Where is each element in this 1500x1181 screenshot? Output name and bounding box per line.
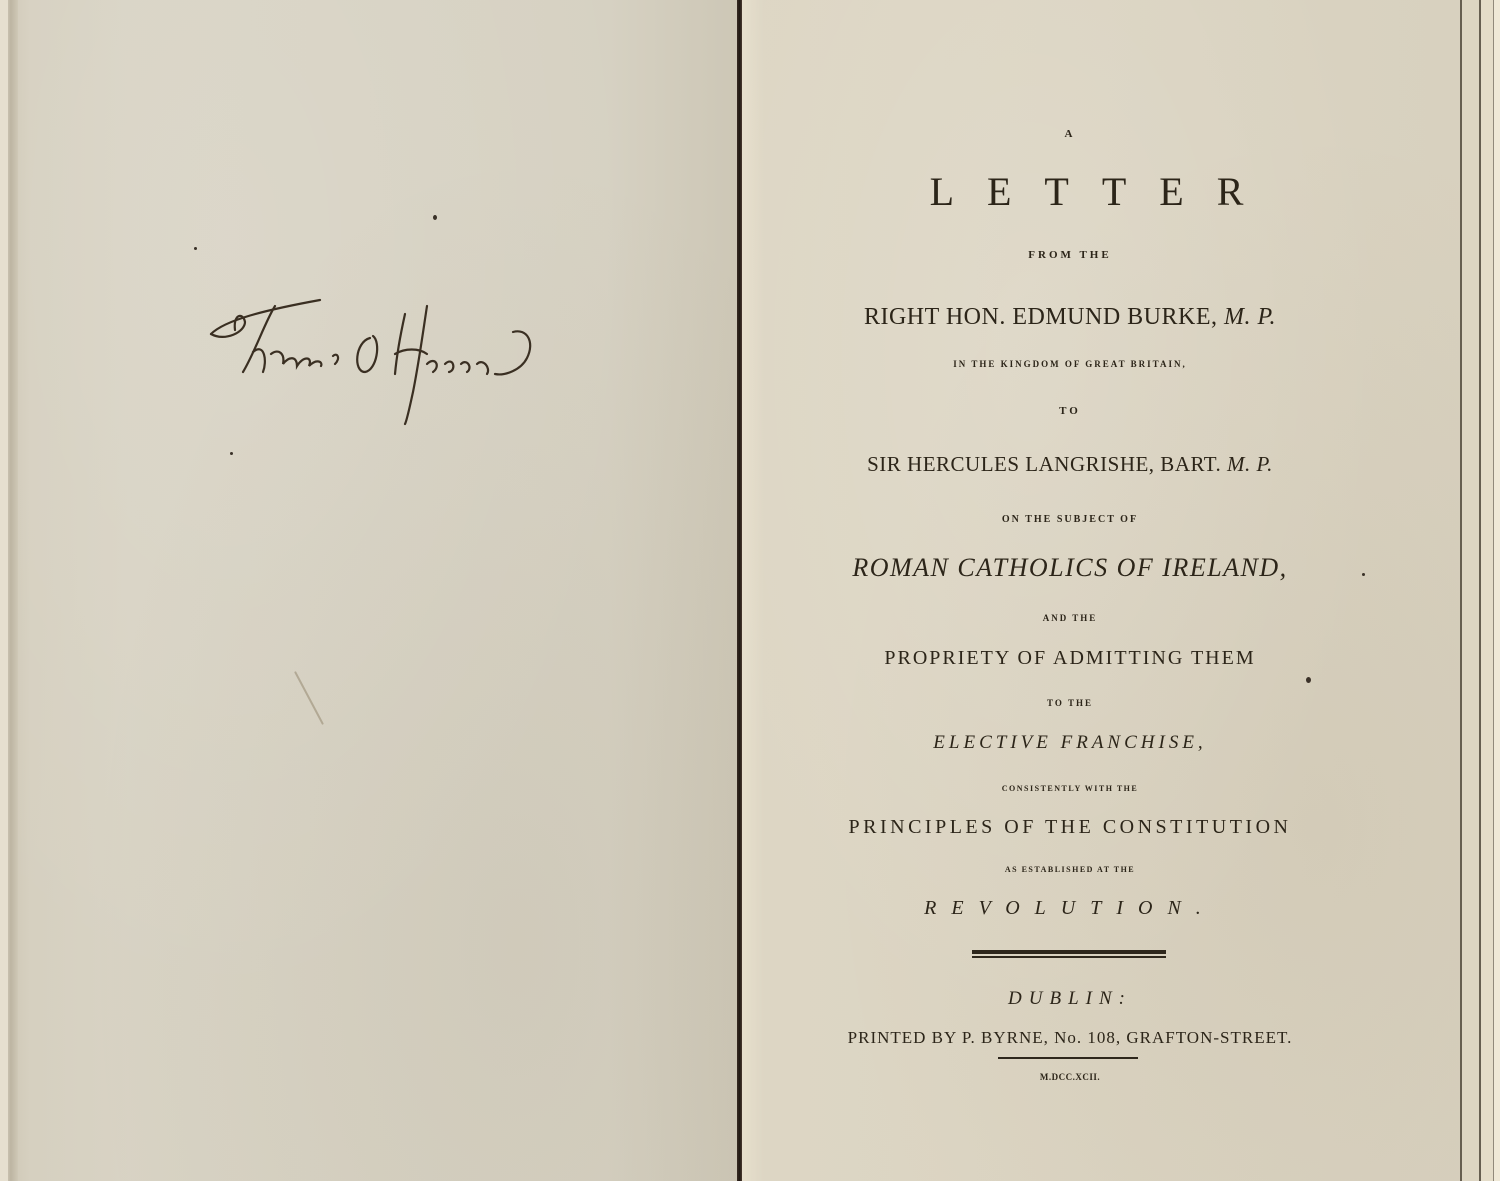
subject-line-2: PROPRIETY OF ADMITTING THEM — [800, 647, 1340, 670]
on-subject-line: ON THE SUBJECT OF — [800, 514, 1340, 525]
page-edge-strip — [1494, 0, 1500, 1181]
ink-speck — [1306, 677, 1311, 683]
ink-speck — [1362, 573, 1365, 576]
handwritten-inscription: Thomas O'Hogan — [205, 292, 585, 432]
recipient-line: SIR HERCULES LANGRISHE, BART. M. P. — [800, 452, 1340, 477]
author-name: RIGHT HON. EDMUND BURKE, — [864, 304, 1218, 330]
page-edge-line — [1460, 0, 1462, 1181]
author-location: IN THE KINGDOM OF GREAT BRITAIN, — [800, 359, 1340, 369]
double-rule-divider — [972, 950, 1166, 958]
thin-rule-divider — [998, 1057, 1138, 1059]
subject-line-3: ELECTIVE FRANCHISE, — [800, 732, 1340, 754]
to-line: TO — [800, 405, 1340, 417]
page-edge-strip — [1462, 0, 1479, 1181]
left-page-flyleaf — [8, 0, 737, 1181]
page-edge-line — [1479, 0, 1481, 1181]
ink-speck — [194, 247, 197, 250]
subject-line-4: PRINCIPLES OF THE CONSTITUTION — [800, 816, 1340, 839]
ink-speck — [230, 452, 233, 455]
ink-speck — [433, 215, 437, 220]
title-article: A — [800, 128, 1340, 140]
subject-line-5: REVOLUTION. — [800, 897, 1340, 920]
imprint-year: M.DCC.XCII. — [800, 1072, 1340, 1082]
author-suffix: M. P. — [1224, 304, 1276, 330]
signature-ink — [205, 292, 585, 432]
page-edge-line — [1493, 0, 1494, 1181]
imprint-place: DUBLIN: — [800, 988, 1340, 1010]
page-edge-strip — [1481, 0, 1493, 1181]
and-the-line: AND THE — [800, 613, 1340, 623]
paper-mark — [294, 671, 324, 725]
book-spread: Thomas O'Hogan A LETTER F — [0, 0, 1500, 1181]
subject-line-1: ROMAN CATHOLICS OF IRELAND, — [800, 553, 1340, 583]
consistently-line: CONSISTENTLY WITH THE — [800, 784, 1340, 793]
from-the-line: FROM THE — [800, 249, 1340, 261]
imprint-printer: PRINTED BY P. BYRNE, No. 108, GRAFTON-ST… — [800, 1028, 1340, 1048]
recipient-name: SIR HERCULES LANGRISHE, BART. — [867, 452, 1221, 476]
title-main: LETTER — [800, 168, 1373, 215]
author-line: RIGHT HON. EDMUND BURKE, M. P. — [800, 304, 1340, 331]
recipient-suffix: M. P. — [1227, 452, 1273, 476]
as-established-line: AS ESTABLISHED AT THE — [800, 865, 1340, 874]
to-the-line: TO THE — [800, 698, 1340, 708]
